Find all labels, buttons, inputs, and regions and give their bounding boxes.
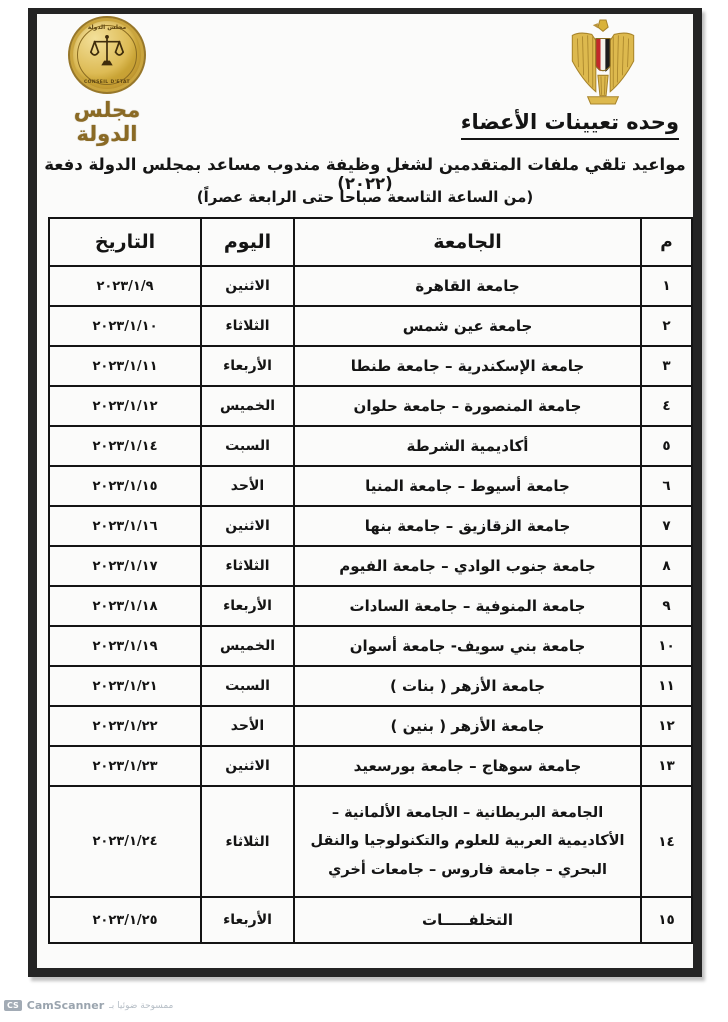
university-cell: جامعة الإسكندرية – جامعة طنطا: [294, 346, 641, 386]
date-cell: ٢٠٢٣/١/١٨: [49, 586, 201, 626]
day-cell: الأربعاء: [201, 586, 294, 626]
scanned-document: { "seal": { "arc_top": "مجلس الدولة", "a…: [0, 0, 728, 1022]
day-cell: الأحد: [201, 706, 294, 746]
date-cell: ٢٠٢٣/١/١١: [49, 346, 201, 386]
camscanner-note-text: ممسوحة ضوئيا بـ: [109, 1001, 173, 1011]
council-of-state-logo: مجلس الدولة: [47, 16, 167, 146]
page-content: مجلس الدولة: [37, 14, 693, 968]
university-cell: جامعة أسيوط – جامعة المنيا: [294, 466, 641, 506]
day-cell: السبت: [201, 426, 294, 466]
day-cell: الاثنين: [201, 506, 294, 546]
column-header-date: التاريخ: [49, 218, 201, 266]
seal-arc-top-text: مجلس الدولة: [70, 24, 144, 31]
day-cell: الخميس: [201, 386, 294, 426]
table-row: ١٠ جامعة بني سويف- جامعة أسوان الخميس ٢٠…: [49, 626, 692, 666]
row-number: ١٤: [641, 786, 692, 897]
date-cell: ٢٠٢٣/١/٢٤: [49, 786, 201, 897]
university-cell: جامعة الأزهر ( بنات ): [294, 666, 641, 706]
scales-of-justice-icon: [88, 32, 126, 76]
day-cell: الأربعاء: [201, 346, 294, 386]
table-row: ١١ جامعة الأزهر ( بنات ) السبت ٢٠٢٣/١/٢١: [49, 666, 692, 706]
university-cell: جامعة الزقازيق – جامعة بنها: [294, 506, 641, 546]
day-cell: السبت: [201, 666, 294, 706]
egypt-eagle-emblem-icon: [569, 18, 637, 106]
row-number: ٥: [641, 426, 692, 466]
university-cell: جامعة القاهرة: [294, 266, 641, 306]
table-row: ٩ جامعة المنوفية – جامعة السادات الأربعا…: [49, 586, 692, 626]
table-row: ١٤ الجامعة البريطانية – الجامعة الألماني…: [49, 786, 692, 897]
table-row: ١٢ جامعة الأزهر ( بنين ) الأحد ٢٠٢٣/١/٢٢: [49, 706, 692, 746]
column-header-number: م: [641, 218, 692, 266]
table-row: ٧ جامعة الزقازيق – جامعة بنها الاثنين ٢٠…: [49, 506, 692, 546]
university-cell: جامعة عين شمس: [294, 306, 641, 346]
university-cell: أكاديمية الشرطة: [294, 426, 641, 466]
day-cell: الاثنين: [201, 746, 294, 786]
date-cell: ٢٠٢٣/١/١٤: [49, 426, 201, 466]
row-number: ٧: [641, 506, 692, 546]
table-row: ١ جامعة القاهرة الاثنين ٢٠٢٣/١/٩: [49, 266, 692, 306]
row-number: ١٣: [641, 746, 692, 786]
page-frame: مجلس الدولة: [28, 8, 702, 977]
row-number: ٩: [641, 586, 692, 626]
row-number: ٦: [641, 466, 692, 506]
table-row: ٤ جامعة المنصورة – جامعة حلوان الخميس ٢٠…: [49, 386, 692, 426]
row-number: ٣: [641, 346, 692, 386]
date-cell: ٢٠٢٣/١/٢٣: [49, 746, 201, 786]
table-header-row: م الجامعة اليوم التاريخ: [49, 218, 692, 266]
row-number: ٤: [641, 386, 692, 426]
unit-title: وحده تعيينات الأعضاء: [461, 110, 679, 140]
column-header-university: الجامعة: [294, 218, 641, 266]
date-cell: ٢٠٢٣/١/٢٢: [49, 706, 201, 746]
row-number: ٨: [641, 546, 692, 586]
table-row: ١٥ التخلفـــــات الأربعاء ٢٠٢٣/١/٢٥: [49, 897, 692, 943]
table-row: ٥ أكاديمية الشرطة السبت ٢٠٢٣/١/١٤: [49, 426, 692, 466]
council-calligraphy-caption: مجلس الدولة: [47, 98, 167, 146]
table-row: ٢ جامعة عين شمس الثلاثاء ٢٠٢٣/١/١٠: [49, 306, 692, 346]
appointments-schedule-table: م الجامعة اليوم التاريخ ١ جامعة القاهرة …: [48, 217, 693, 944]
camscanner-watermark: CS CamScanner ممسوحة ضوئيا بـ: [4, 999, 173, 1012]
day-cell: الثلاثاء: [201, 546, 294, 586]
table-row: ٦ جامعة أسيوط – جامعة المنيا الأحد ٢٠٢٣/…: [49, 466, 692, 506]
date-cell: ٢٠٢٣/١/١٢: [49, 386, 201, 426]
university-cell: الجامعة البريطانية – الجامعة الألمانية –…: [294, 786, 641, 897]
council-seal: مجلس الدولة: [68, 16, 146, 94]
day-cell: الأحد: [201, 466, 294, 506]
university-cell: جامعة سوهاج – جامعة بورسعيد: [294, 746, 641, 786]
day-cell: الثلاثاء: [201, 306, 294, 346]
table-row: ٨ جامعة جنوب الوادي – جامعة الفيوم الثلا…: [49, 546, 692, 586]
university-cell: جامعة المنصورة – جامعة حلوان: [294, 386, 641, 426]
university-cell: جامعة جنوب الوادي – جامعة الفيوم: [294, 546, 641, 586]
row-number: ١١: [641, 666, 692, 706]
date-cell: ٢٠٢٣/١/١٧: [49, 546, 201, 586]
date-cell: ٢٠٢٣/١/٢١: [49, 666, 201, 706]
seal-arc-bottom-text: CONSEIL D'ETAT: [70, 80, 144, 85]
column-header-day: اليوم: [201, 218, 294, 266]
day-cell: الخميس: [201, 626, 294, 666]
day-cell: الاثنين: [201, 266, 294, 306]
working-hours-note: (من الساعة التاسعة صباحا حتى الرابعة عصر…: [37, 188, 693, 206]
date-cell: ٢٠٢٣/١/١٩: [49, 626, 201, 666]
row-number: ١٥: [641, 897, 692, 943]
university-cell: جامعة المنوفية – جامعة السادات: [294, 586, 641, 626]
university-cell: جامعة بني سويف- جامعة أسوان: [294, 626, 641, 666]
table-row: ٣ جامعة الإسكندرية – جامعة طنطا الأربعاء…: [49, 346, 692, 386]
university-cell: جامعة الأزهر ( بنين ): [294, 706, 641, 746]
row-number: ٢: [641, 306, 692, 346]
date-cell: ٢٠٢٣/١/٢٥: [49, 897, 201, 943]
day-cell: الثلاثاء: [201, 786, 294, 897]
table-row: ١٣ جامعة سوهاج – جامعة بورسعيد الاثنين ٢…: [49, 746, 692, 786]
date-cell: ٢٠٢٣/١/١٠: [49, 306, 201, 346]
day-cell: الأربعاء: [201, 897, 294, 943]
row-number: ١: [641, 266, 692, 306]
date-cell: ٢٠٢٣/١/١٥: [49, 466, 201, 506]
row-number: ١٢: [641, 706, 692, 746]
row-number: ١٠: [641, 626, 692, 666]
date-cell: ٢٠٢٣/١/٩: [49, 266, 201, 306]
camscanner-brand-text: CamScanner: [27, 999, 104, 1012]
camscanner-badge-icon: CS: [4, 1000, 22, 1012]
university-cell: التخلفـــــات: [294, 897, 641, 943]
date-cell: ٢٠٢٣/١/١٦: [49, 506, 201, 546]
